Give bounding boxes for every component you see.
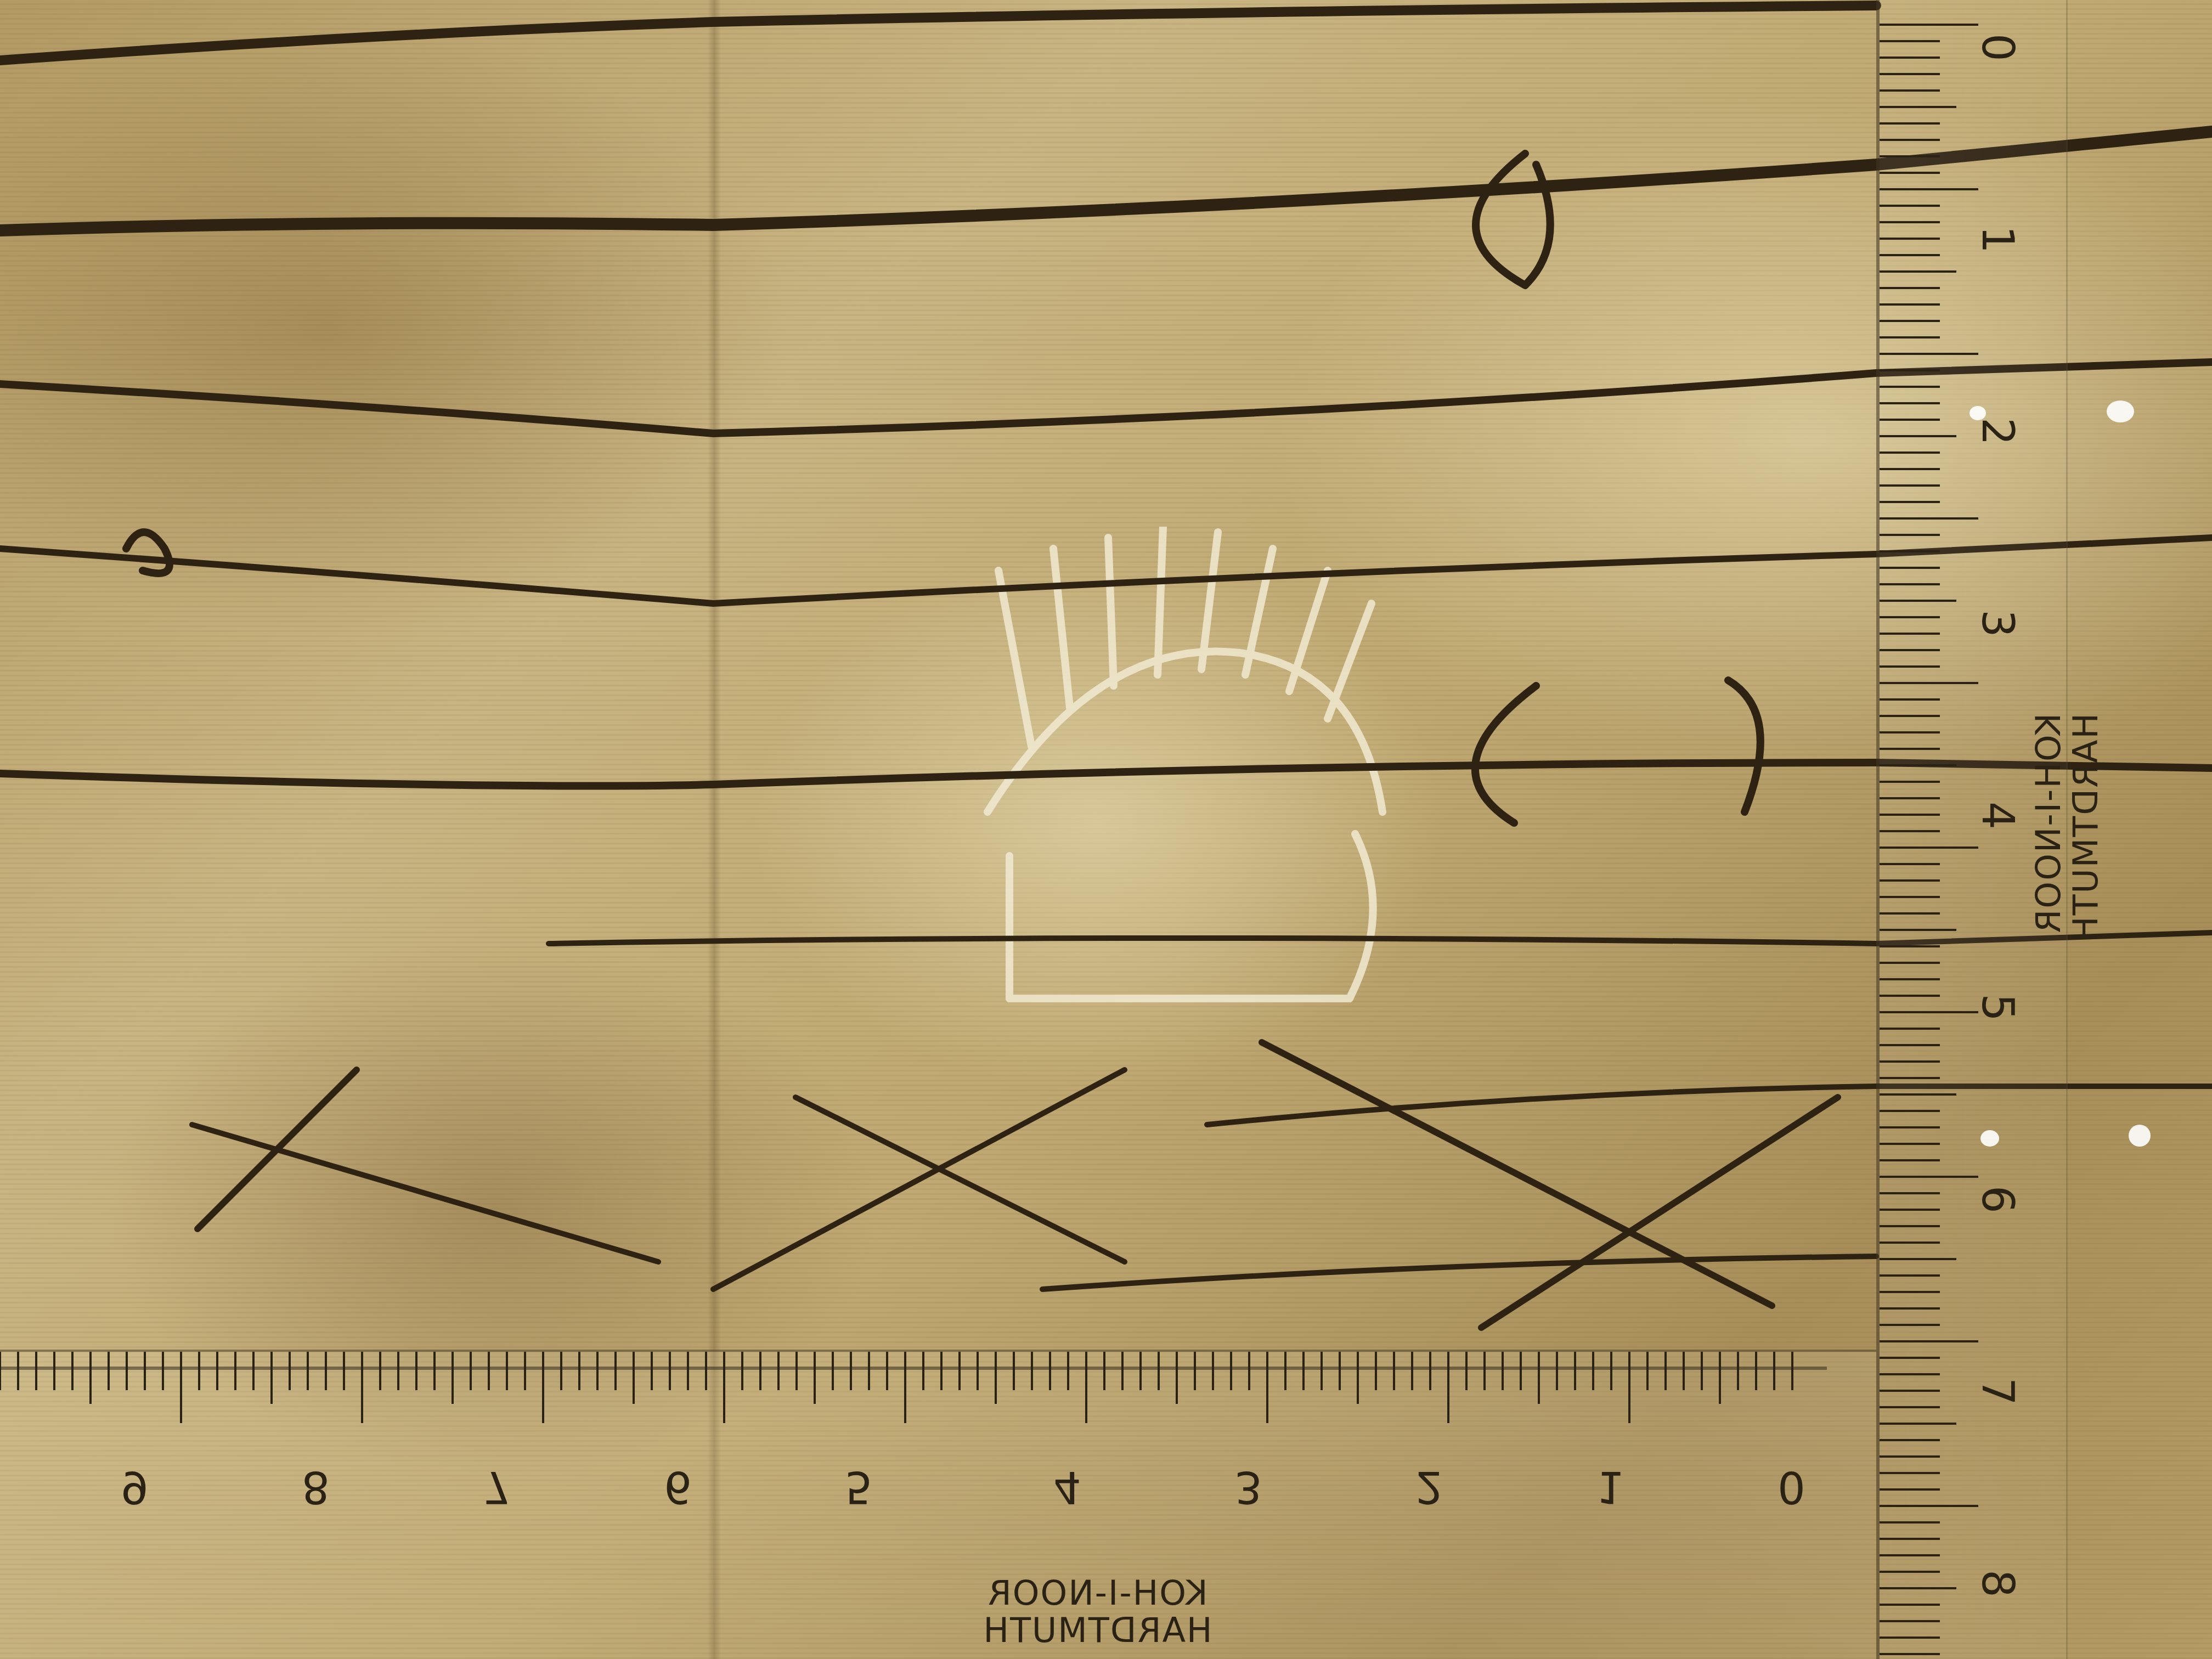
ruler-h-label-9: 9 (121, 1462, 149, 1513)
ruler-v-label-4: 4 (1972, 802, 2023, 830)
ruler-h-label-0: 0 (1778, 1462, 1805, 1513)
ruler-h-label-1: 1 (1596, 1462, 1624, 1513)
light-glare (2129, 1125, 2151, 1147)
ruler-h-brand-line1: KOH-I-NOOR (922, 1575, 1273, 1612)
ruler-h-label-3: 3 (1234, 1462, 1262, 1513)
ruler-h-label-5: 5 (845, 1462, 873, 1513)
ruler-h-label-8: 8 (302, 1462, 330, 1513)
light-glare (2107, 400, 2134, 422)
ruler-v-label-8: 8 (1972, 1570, 2023, 1598)
ruler-h-label-7: 7 (483, 1462, 511, 1513)
ruler-v-label-2: 2 (1972, 417, 2023, 445)
ruler-v-label-0: 0 (1972, 33, 2023, 61)
ruler-v-label-7: 7 (1972, 1378, 2023, 1406)
ruler-h-brand: KOH-I-NOOR HARDTMUTH (922, 1575, 1273, 1649)
ruler-v-label-5: 5 (1972, 994, 2023, 1022)
ruler-v-label-1: 1 (1972, 225, 2023, 253)
ruler-v-brand-line1: KOH-I-NOOR (2030, 713, 2067, 1064)
ruler-v-label-3: 3 (1972, 610, 2023, 637)
ruler-h-brand-line2: HARDTMUTH (922, 1612, 1273, 1649)
ruler-h-label-6: 6 (664, 1462, 692, 1513)
ruler-h-label-4: 4 (1053, 1462, 1081, 1513)
ruler-h-label-2: 2 (1415, 1462, 1443, 1513)
light-glare (1970, 406, 1986, 420)
ruler-v-brand: KOH-I-NOOR HARDTMUTH (2030, 713, 2104, 1064)
light-glare (1980, 1130, 1999, 1147)
ruler-v-brand-line2: HARDTMUTH (2067, 713, 2104, 1064)
ruler-v-label-6: 6 (1972, 1186, 2023, 1214)
